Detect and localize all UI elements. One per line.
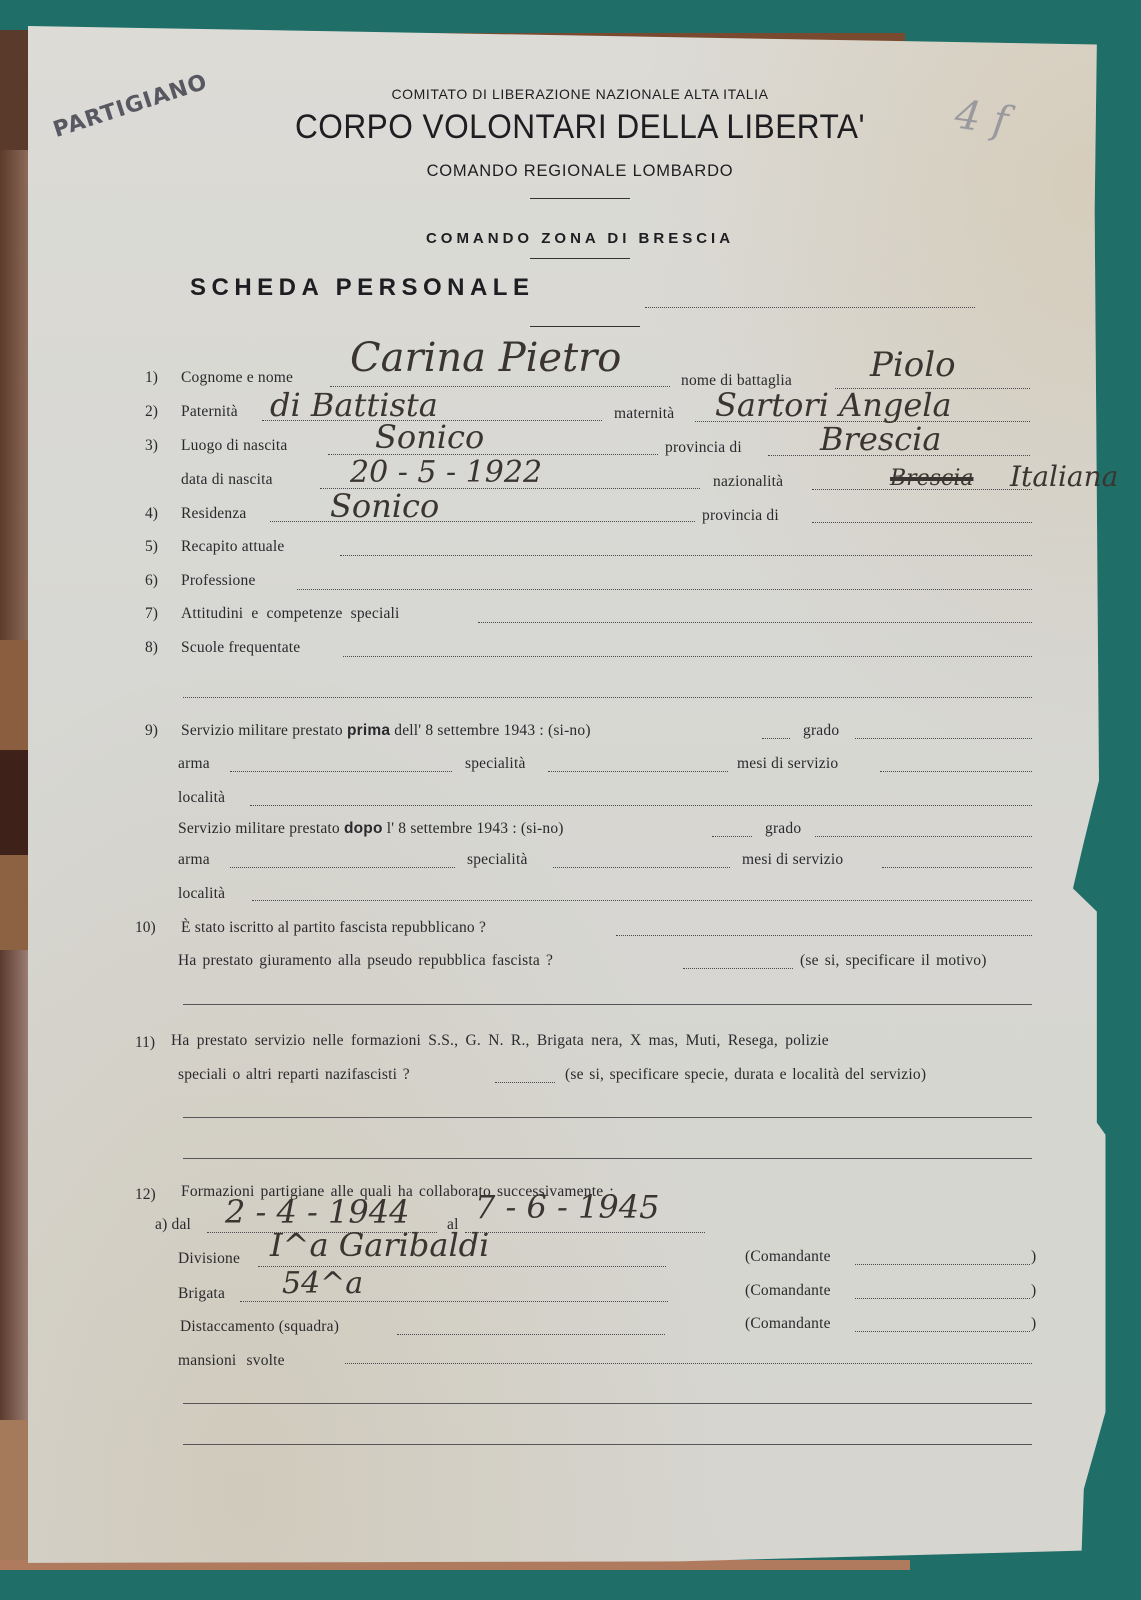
military-service-text: Servizio militare prestato	[181, 722, 343, 739]
field-label: nazionalità	[713, 473, 783, 491]
locality-line[interactable]	[252, 900, 1032, 901]
field-label: data di nascita	[181, 471, 273, 489]
question-note: (se si, specificare il motivo)	[800, 952, 987, 970]
field-label: (Comandante	[745, 1315, 831, 1333]
to-date-line	[465, 1232, 705, 1233]
fascist-party-line[interactable]	[616, 935, 1032, 936]
field-label: Servizio militare prestato dopo l' 8 set…	[178, 820, 564, 838]
detachment-line[interactable]	[397, 1334, 665, 1335]
duties-line[interactable]	[345, 1363, 1032, 1364]
rank-line[interactable]	[855, 738, 1032, 739]
field-label: grado	[803, 722, 839, 740]
to-date-value[interactable]: 7 - 6 - 1945	[475, 1188, 659, 1226]
field-label: Divisione	[178, 1250, 240, 1268]
field-label: Professione	[181, 572, 256, 590]
pencil-annotation: 4 f	[952, 92, 1011, 145]
question-text: speciali o altri reparti nazifascisti ?	[178, 1066, 410, 1084]
field-label: Scuole frequentate	[181, 639, 300, 657]
months-service-line[interactable]	[882, 867, 1032, 868]
field-label: arma	[178, 851, 210, 869]
book-spine	[0, 750, 29, 855]
specialty-line[interactable]	[548, 771, 728, 772]
answer-line[interactable]	[183, 1004, 1032, 1005]
maternity-value[interactable]: Sartori Angela	[715, 386, 952, 424]
division-commander-line[interactable]	[855, 1264, 1030, 1265]
field-number: 3)	[145, 437, 158, 455]
emphasis-dopo: dopo	[344, 820, 383, 837]
book-spine	[0, 950, 29, 1420]
field-label: Attitudini e competenze speciali	[181, 605, 400, 623]
field-number: 7)	[145, 605, 158, 623]
page-title: SCHEDA PERSONALE	[190, 274, 534, 302]
field-number: 5)	[145, 538, 158, 556]
si-no-line[interactable]	[762, 738, 790, 739]
header-regional-command: COMANDO REGIONALE LOMBARDO	[380, 162, 780, 181]
field-label: provincia di	[665, 439, 742, 457]
field-label: località	[178, 885, 225, 903]
book-spine	[0, 1420, 31, 1560]
profession-line[interactable]	[297, 589, 1032, 590]
si-no-line[interactable]	[712, 836, 752, 837]
birth-province-value[interactable]: Brescia	[820, 420, 941, 458]
field-label: mesi di servizio	[737, 755, 838, 773]
military-service-date: dell' 8 settembre 1943 : (si-no)	[394, 722, 590, 739]
brigade-line	[240, 1301, 668, 1302]
field-number: 10)	[135, 919, 156, 937]
oath-line[interactable]	[683, 968, 793, 969]
header-zone-command: COMANDO ZONA DI BRESCIA	[340, 230, 820, 247]
question-note: (se si, specificare specie, durata e loc…	[565, 1066, 926, 1084]
header-corps: CORPO VOLONTARI DELLA LIBERTA'	[292, 108, 869, 147]
field-label: grado	[765, 820, 801, 838]
close-paren: )	[1031, 1282, 1036, 1300]
detachment-commander-line[interactable]	[855, 1331, 1030, 1332]
answer-line[interactable]	[183, 1158, 1032, 1159]
battle-name-value[interactable]: Piolo	[870, 345, 956, 385]
division-value[interactable]: I^a Garibaldi	[270, 1226, 489, 1264]
surname-name-value[interactable]: Carina Pietro	[350, 335, 621, 381]
months-service-line[interactable]	[880, 771, 1032, 772]
question-text: È stato iscritto al partito fascista rep…	[181, 919, 486, 937]
field-number: 6)	[145, 572, 158, 590]
question-text: Ha prestato servizio nelle formazioni S.…	[171, 1032, 829, 1050]
military-service-text: Servizio militare prestato	[178, 820, 340, 837]
field-label: (Comandante	[745, 1248, 831, 1266]
field-number: 2)	[145, 403, 158, 421]
schools-line-2[interactable]	[183, 697, 1032, 698]
field-label: Luogo di nascita	[181, 437, 288, 455]
title-line	[645, 307, 975, 308]
answer-line[interactable]	[183, 1117, 1032, 1118]
current-address-line[interactable]	[340, 555, 1032, 556]
field-label: a) dal	[155, 1216, 191, 1234]
field-label: Residenza	[181, 505, 247, 523]
field-label: specialità	[465, 755, 526, 773]
question-text: Ha prestato giuramento alla pseudo repub…	[178, 952, 553, 970]
arm-line[interactable]	[230, 867, 455, 868]
field-label: mansioni svolte	[178, 1352, 285, 1370]
field-number: 11)	[135, 1034, 155, 1052]
field-label: mesi di servizio	[742, 851, 843, 869]
field-label: località	[178, 789, 225, 807]
book-spine	[0, 640, 29, 750]
military-service-date: l' 8 settembre 1943 : (si-no)	[387, 820, 564, 837]
field-label: (Comandante	[745, 1282, 831, 1300]
field-label: Brigata	[178, 1285, 225, 1303]
book-spine	[0, 855, 29, 950]
header-divider	[530, 258, 630, 259]
field-label: Paternità	[181, 403, 238, 421]
special-skills-line[interactable]	[478, 622, 1032, 623]
duties-line-2[interactable]	[183, 1403, 1032, 1404]
field-label: maternità	[614, 405, 674, 423]
field-label: specialità	[467, 851, 528, 869]
brigade-commander-line[interactable]	[855, 1298, 1030, 1299]
close-paren: )	[1031, 1248, 1036, 1266]
header-divider	[530, 198, 630, 199]
field-number: 4)	[145, 505, 158, 523]
field-label: Distaccamento (squadra)	[180, 1318, 339, 1336]
field-label: Cognome e nome	[181, 369, 293, 387]
field-label: Recapito attuale	[181, 538, 284, 556]
nazifascist-line[interactable]	[495, 1082, 555, 1083]
residence-value[interactable]: Sonico	[330, 487, 439, 525]
specialty-line[interactable]	[553, 867, 730, 868]
field-number: 8)	[145, 639, 158, 657]
emphasis-prima: prima	[347, 722, 390, 739]
arm-line[interactable]	[230, 771, 452, 772]
nationality-value[interactable]: Italiana	[1010, 460, 1118, 493]
rank-line[interactable]	[815, 836, 1032, 837]
field-number: 9)	[145, 722, 158, 740]
field-label: provincia di	[702, 507, 779, 525]
residence-province-line[interactable]	[812, 522, 1032, 523]
birthdate-value[interactable]: 20 - 5 - 1922	[350, 455, 542, 490]
header-divider	[530, 326, 640, 327]
schools-line[interactable]	[343, 656, 1032, 657]
close-paren: )	[1031, 1315, 1036, 1333]
field-label: Servizio militare prestato prima dell' 8…	[181, 722, 591, 740]
nationality-struck-value: Brescia	[890, 466, 973, 491]
header-committee: COMITATO DI LIBERAZIONE NAZIONALE ALTA I…	[340, 86, 820, 102]
field-number: 12)	[135, 1186, 156, 1204]
brigade-value[interactable]: 54^a	[282, 1266, 363, 1301]
book-spine	[0, 150, 29, 640]
duties-line-3[interactable]	[183, 1444, 1032, 1445]
field-label: arma	[178, 755, 210, 773]
locality-line[interactable]	[250, 805, 1032, 806]
field-number: 1)	[145, 369, 158, 387]
birthplace-value[interactable]: Sonico	[375, 418, 484, 456]
